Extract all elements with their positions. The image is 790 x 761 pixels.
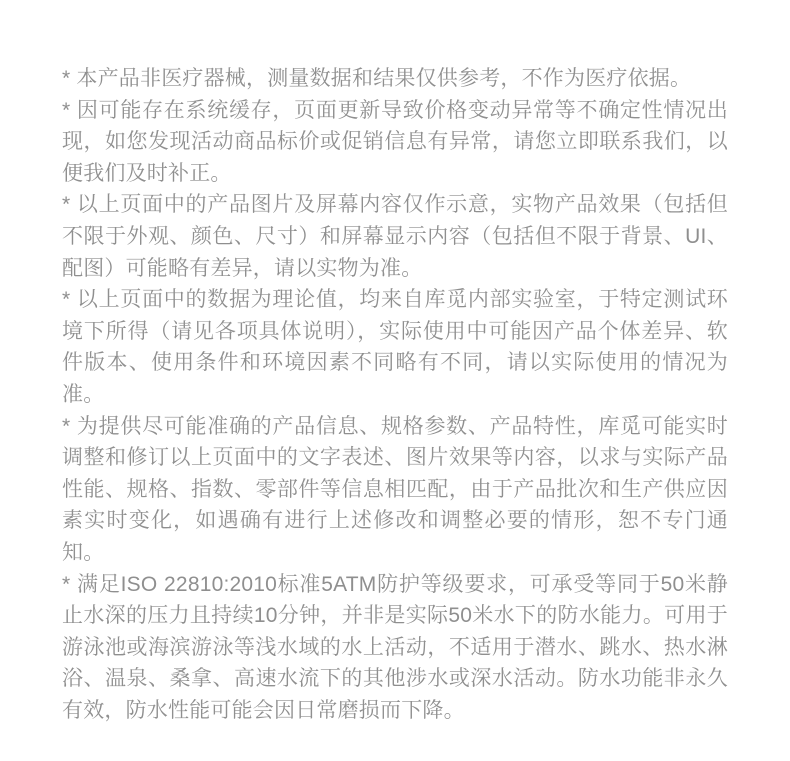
disclaimer-section: * 本产品非医疗器械，测量数据和结果仅供参考，不作为医疗依据。 * 因可能存在系… [0, 0, 790, 726]
disclaimer-item-lab-data: * 以上页面中的数据为理论值，均来自库觅内部实验室，于特定测试环境下所得（请见各… [62, 284, 728, 410]
disclaimer-item-spec-changes: * 为提供尽可能准确的产品信息、规格参数、产品特性，库觅可能实时调整和修订以上页… [62, 411, 728, 569]
disclaimer-item-water-resistance: * 满足ISO 22810:2010标准5ATM防护等级要求，可承受等同于50米… [62, 569, 728, 727]
disclaimer-item-product-images: * 以上页面中的产品图片及屏幕内容仅作示意，实物产品效果（包括但不限于外观、颜色… [62, 189, 728, 284]
disclaimer-item-medical: * 本产品非医疗器械，测量数据和结果仅供参考，不作为医疗依据。 [62, 63, 728, 95]
disclaimer-item-price-cache: * 因可能存在系统缓存，页面更新导致价格变动异常等不确定性情况出现，如您发现活动… [62, 95, 728, 190]
